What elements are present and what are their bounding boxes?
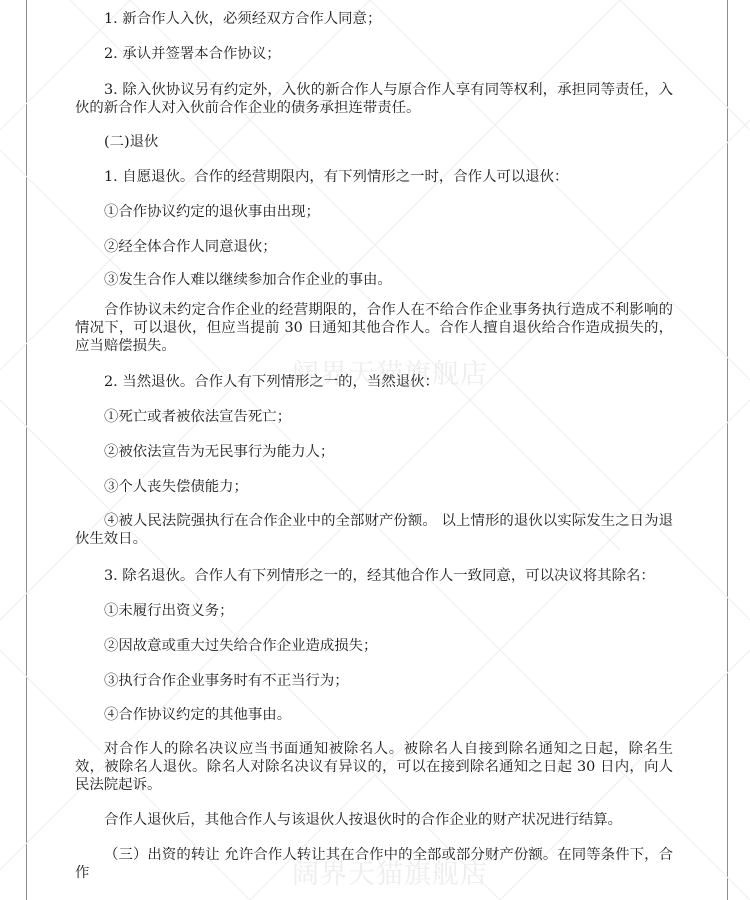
list-item-expulsion-case-1: ①未履行出资义务； xyxy=(75,602,673,620)
paragraph-admission-condition-1: 1. 新合作人入伙，必须经双方合作人同意； xyxy=(75,10,673,28)
list-item-expulsion-case-4: ④合作协议约定的其他事由。 xyxy=(75,706,673,724)
list-item-automatic-case-1: ①死亡或者被依法宣告死亡； xyxy=(75,408,673,426)
list-item-voluntary-case-3: ③发生合作人难以继续参加合作企业的事由。 xyxy=(75,271,673,289)
list-item-automatic-case-3: ③个人丧失偿债能力； xyxy=(75,478,673,496)
list-item-voluntary-case-2: ②经全体合作人同意退伙； xyxy=(75,238,673,256)
paragraph-admission-condition-3: 3. 除入伙协议另有约定外，入伙的新合作人与原合作人享有同等权利，承担同等责任，… xyxy=(75,81,673,117)
list-item-expulsion-case-2: ②因故意或重大过失给合作企业造成损失； xyxy=(75,637,673,655)
paragraph-expulsion: 3. 除名退伙。合作人有下列情形之一的，经其他合作人一致同意，可以决议将其除名： xyxy=(75,567,673,585)
list-item-automatic-case-2: ②被依法宣告为无民事行为能力人； xyxy=(75,443,673,461)
paragraph-admission-condition-2: 2. 承认并签署本合作协议； xyxy=(75,45,673,63)
paragraph-expulsion-notice: 对合作人的除名决议应当书面通知被除名人。被除名人自接到除名通知之日起，除名生效，… xyxy=(75,740,673,794)
paragraph-unspecified-term-withdrawal: 合作协议未约定合作企业的经营期限的，合作人在不给合作企业事务执行造成不利影响的情… xyxy=(75,301,673,355)
section-heading-withdrawal: (二)退伙 xyxy=(75,133,673,151)
list-item-automatic-case-4: ④被人民法院强执行在合作企业中的全部财产份额。 以上情形的退伙以实际发生之日为退… xyxy=(75,512,673,548)
paragraph-automatic-withdrawal: 2. 当然退伙。合作人有下列情形之一的，当然退伙： xyxy=(75,373,673,391)
section-heading-capital-transfer: （三）出资的转让 允许合作人转让其在合作中的全部或部分财产份额。在同等条件下，合… xyxy=(75,846,673,882)
paragraph-withdrawal-settlement: 合作人退伙后，其他合作人与该退伙人按退伙时的合作企业的财产状况进行结算。 xyxy=(75,811,673,829)
page-right-border xyxy=(727,0,728,900)
list-item-voluntary-case-1: ①合作协议约定的退伙事由出现； xyxy=(75,203,673,221)
paragraph-voluntary-withdrawal: 1. 自愿退伙。合作的经营期限内，有下列情形之一时，合作人可以退伙： xyxy=(75,168,673,186)
page-left-border xyxy=(26,0,27,900)
list-item-expulsion-case-3: ③执行合作企业事务时有不正当行为； xyxy=(75,672,673,690)
